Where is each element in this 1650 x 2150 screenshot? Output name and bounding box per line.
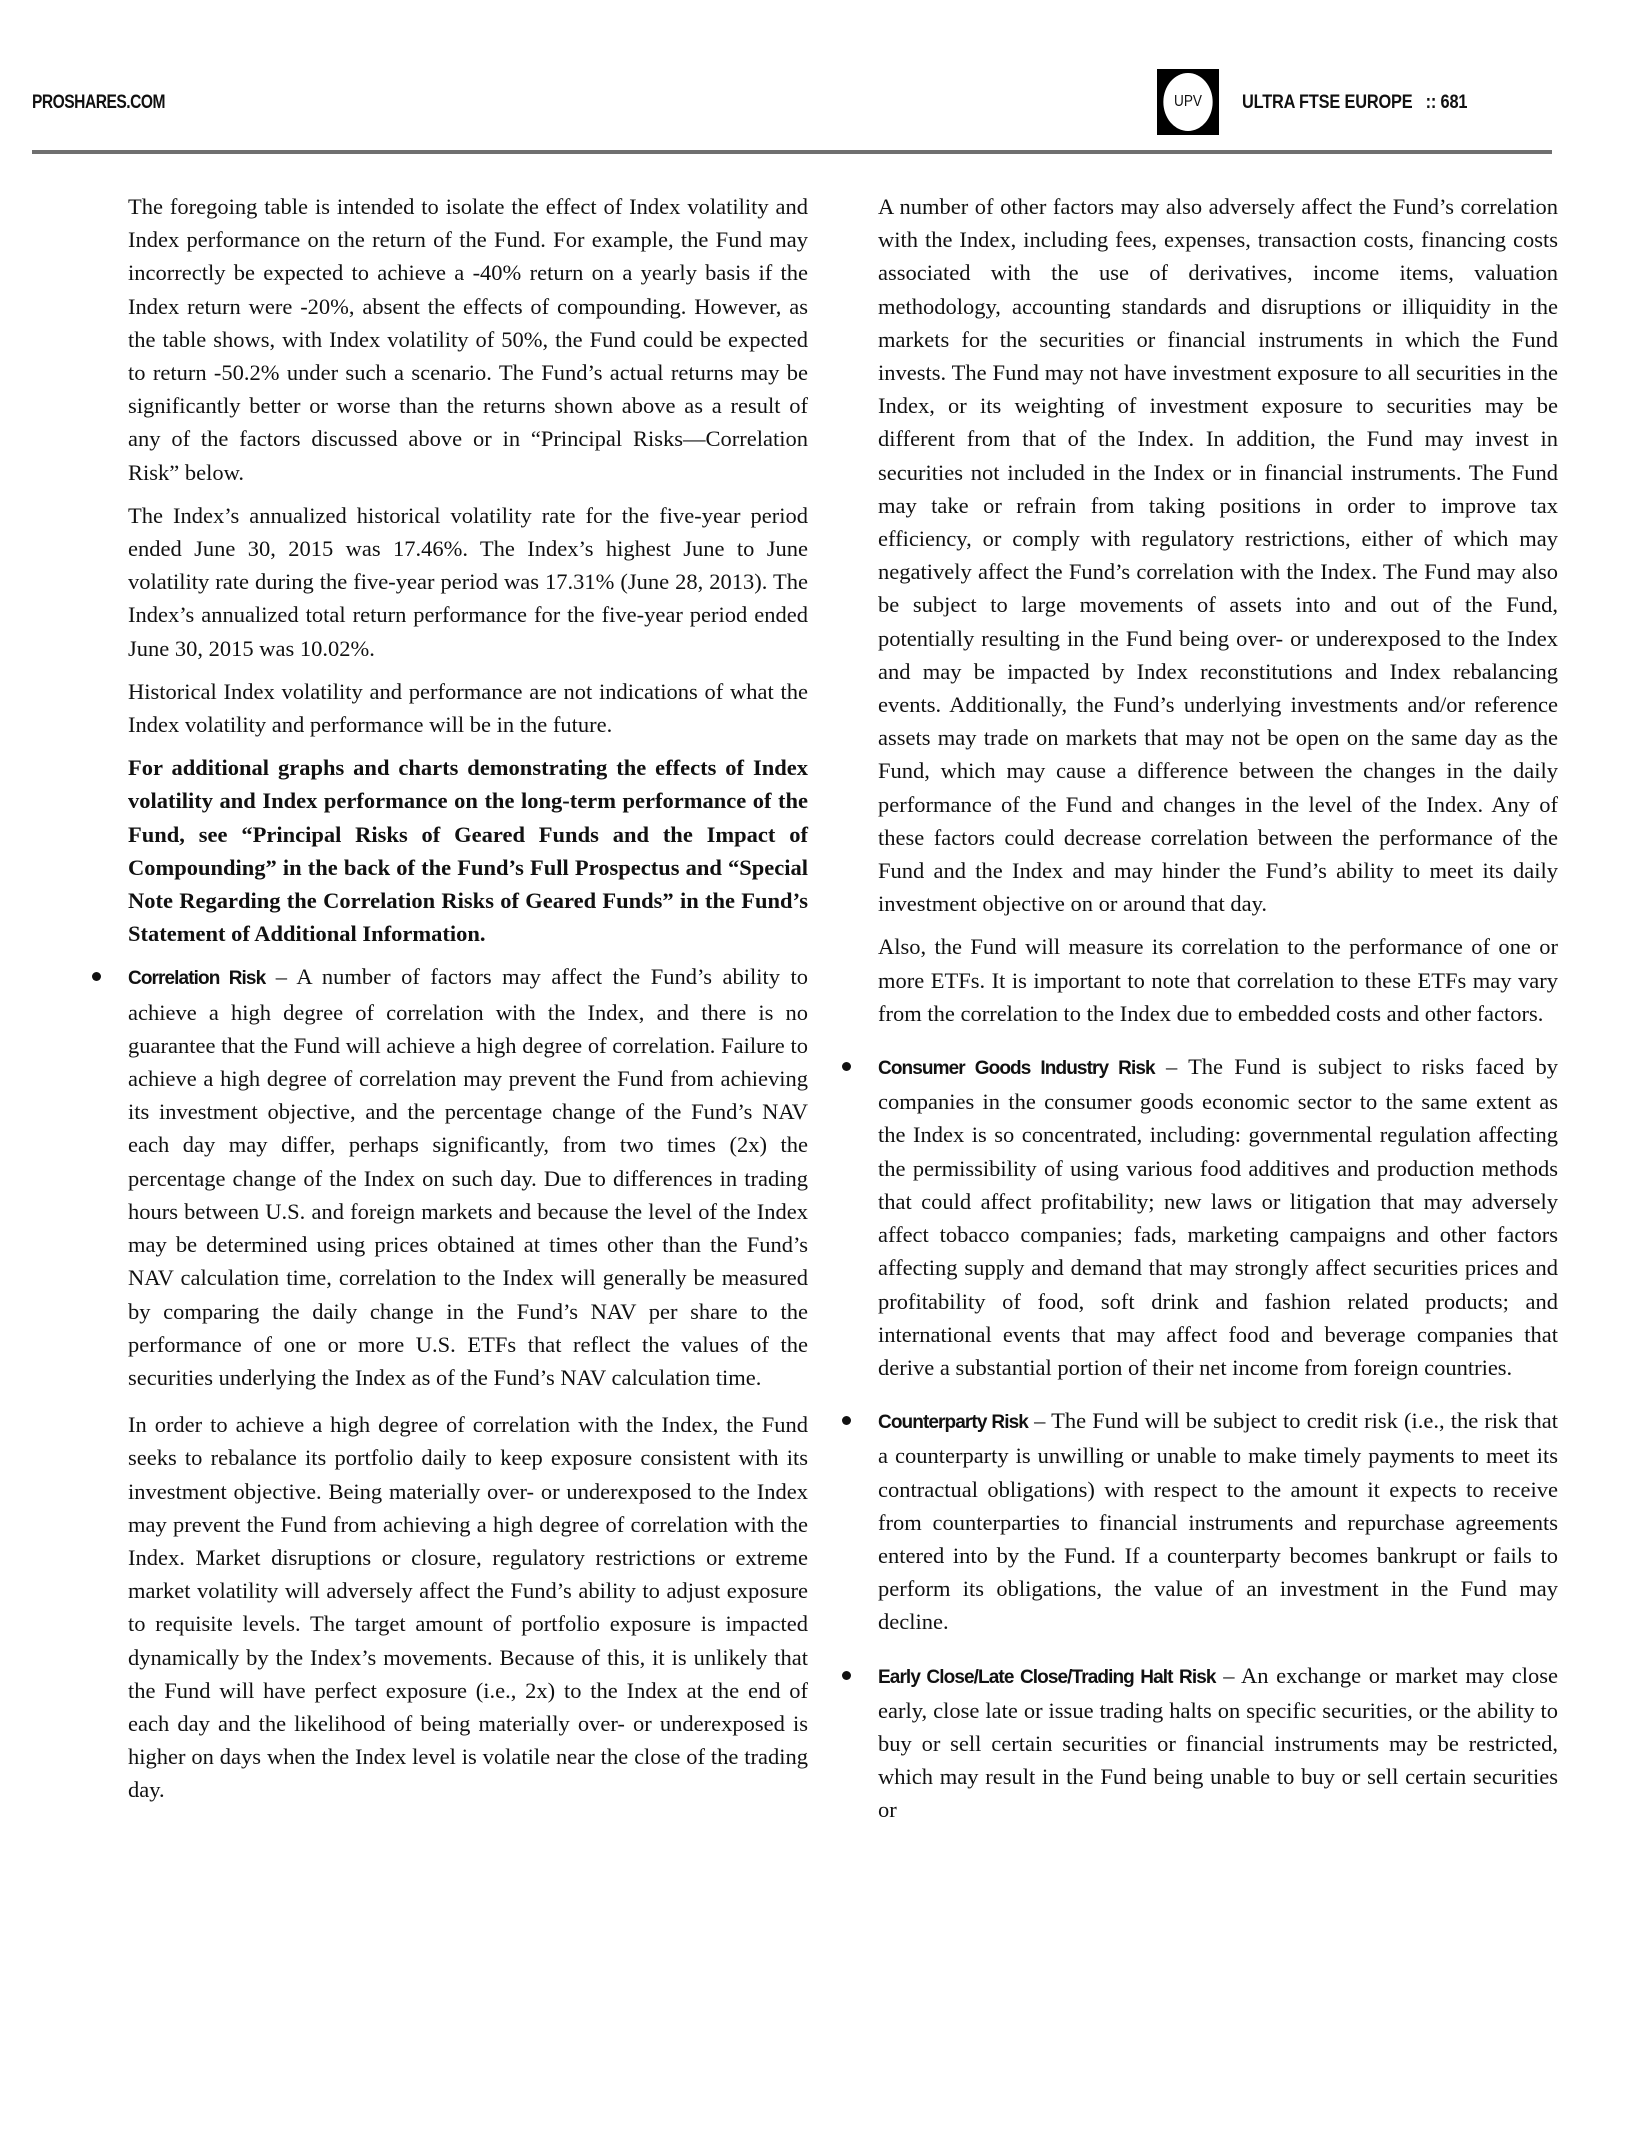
site-name: PROSHARES.COM xyxy=(32,92,165,114)
risk-item-correlation: Correlation Risk – A number of factors m… xyxy=(128,960,808,1806)
fund-name: ULTRA FTSE EUROPE xyxy=(1242,92,1412,113)
risk-term: Correlation Risk xyxy=(128,968,265,989)
risk-dash: – xyxy=(265,964,296,989)
risk-term: Consumer Goods Industry Risk xyxy=(878,1058,1155,1079)
paragraph: Historical Index volatility and performa… xyxy=(128,675,808,741)
header-rule xyxy=(32,150,1552,154)
title-separator: :: xyxy=(1426,92,1437,113)
right-column: A number of other factors may also adver… xyxy=(878,190,1558,1837)
risk-dash: – xyxy=(1028,1408,1051,1433)
risk-text: The Fund is subject to risks faced by co… xyxy=(878,1054,1558,1380)
paragraph: In order to achieve a high degree of cor… xyxy=(128,1408,808,1806)
risk-term: Early Close/Late Close/Trading Halt Risk xyxy=(878,1667,1216,1688)
bullet-icon xyxy=(842,1671,851,1680)
risk-item-early-close: Early Close/Late Close/Trading Halt Risk… xyxy=(878,1659,1558,1827)
risk-dash: – xyxy=(1155,1054,1188,1079)
paragraph: Also, the Fund will measure its correlat… xyxy=(878,930,1558,1030)
bullet-icon xyxy=(92,972,101,981)
risk-text: A number of factors may affect the Fund’… xyxy=(128,964,808,1389)
bullet-icon xyxy=(842,1062,851,1071)
risk-item-counterparty: Counterparty Risk – The Fund will be sub… xyxy=(878,1404,1558,1638)
risk-term: Counterparty Risk xyxy=(878,1412,1028,1433)
paragraph: The foregoing table is intended to isola… xyxy=(128,190,808,489)
risk-dash: – xyxy=(1216,1663,1241,1688)
ticker-badge-label: UPV xyxy=(1163,73,1212,131)
risk-text: The Fund will be subject to credit risk … xyxy=(878,1408,1558,1634)
left-column: The foregoing table is intended to isola… xyxy=(128,190,808,1817)
bullet-icon xyxy=(842,1416,851,1425)
paragraph: A number of other factors may also adver… xyxy=(878,190,1558,920)
bold-note: For additional graphs and charts demonst… xyxy=(128,751,808,950)
paragraph: The Index’s annualized historical volati… xyxy=(128,499,808,665)
ticker-badge: UPV xyxy=(1157,69,1219,135)
running-title: ULTRA FTSE EUROPE :: 681 xyxy=(1242,92,1467,114)
risk-item-consumer-goods: Consumer Goods Industry Risk – The Fund … xyxy=(878,1050,1558,1384)
page-number: 681 xyxy=(1441,92,1468,113)
page-header: PROSHARES.COM UPV ULTRA FTSE EUROPE :: 6… xyxy=(32,68,1552,138)
